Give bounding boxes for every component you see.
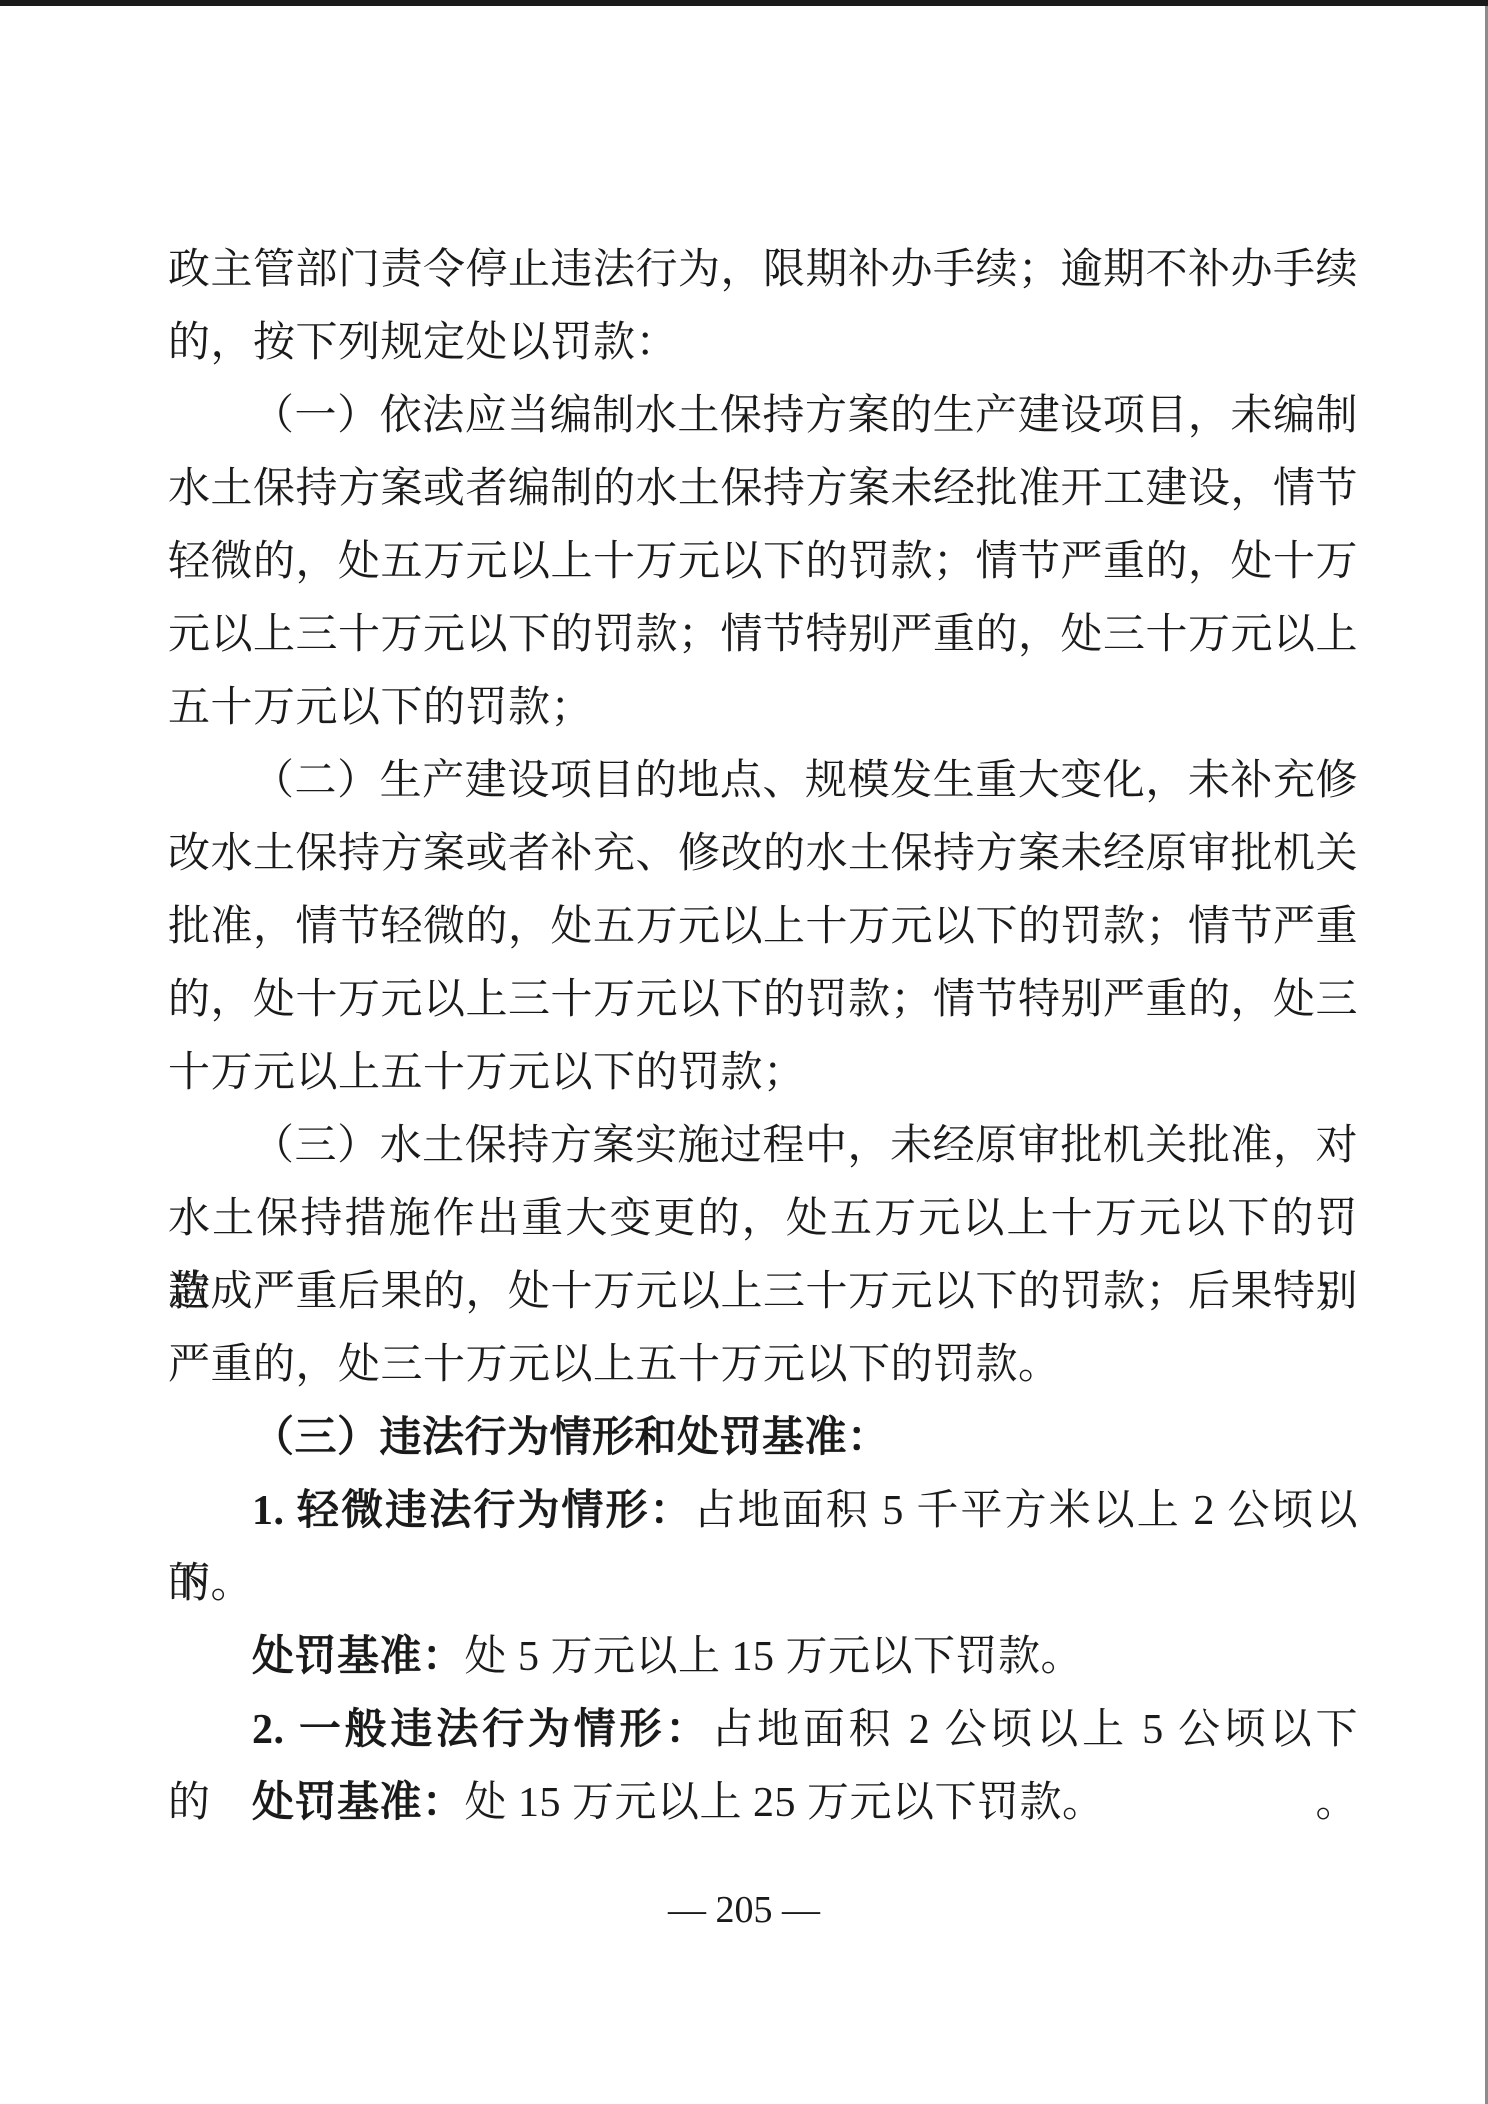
document-page: 政主管部门责令停止违法行为，限期补办手续；逾期不补办手续的，按下列规定处以罚款：… bbox=[0, 0, 1488, 2104]
text-line: 严重的，处三十万元以上五十万元以下的罚款。 bbox=[168, 1329, 1358, 1402]
text-segment: 十万元以上五十万元以下的罚款； bbox=[168, 1050, 806, 1096]
text-segment: 五十万元以下的罚款； bbox=[168, 685, 593, 731]
text-line: 轻微的，处五万元以上十万元以下的罚款；情节严重的，处十万 bbox=[168, 526, 1358, 599]
page-number: — 205 — bbox=[0, 1886, 1488, 1934]
text-line: 的，按下列规定处以罚款： bbox=[168, 307, 1358, 380]
text-line: 的，处十万元以上三十万元以下的罚款；情节特别严重的，处三 bbox=[168, 964, 1358, 1037]
text-segment: 造成严重后果的，处十万元以上三十万元以下的罚款；后果特别 bbox=[168, 1269, 1358, 1315]
text-segment: 批准，情节轻微的，处五万元以上十万元以下的罚款；情节严重 bbox=[168, 904, 1358, 950]
text-segment-bold: 1. 轻微违法行为情形： bbox=[252, 1488, 694, 1534]
text-segment: （一）依法应当编制水土保持方案的生产建设项目，未编制 bbox=[252, 393, 1358, 439]
text-segment-bold: 处罚基准： bbox=[252, 1634, 465, 1680]
text-line: 的。 bbox=[168, 1548, 1358, 1621]
text-line: 1. 轻微违法行为情形：占地面积 5 千平方米以上 2 公顷以下 bbox=[168, 1475, 1358, 1548]
text-segment: 的，按下列规定处以罚款： bbox=[168, 320, 678, 366]
text-line: （一）依法应当编制水土保持方案的生产建设项目，未编制 bbox=[168, 380, 1358, 453]
text-line: 处罚基准：处 5 万元以上 15 万元以下罚款。 bbox=[168, 1621, 1358, 1694]
text-line: 改水土保持方案或者补充、修改的水土保持方案未经原审批机关 bbox=[168, 818, 1358, 891]
text-segment: 轻微的，处五万元以上十万元以下的罚款；情节严重的，处十万 bbox=[168, 539, 1358, 585]
text-segment: 的，处十万元以上三十万元以下的罚款；情节特别严重的，处三 bbox=[168, 977, 1358, 1023]
text-segment: 政主管部门责令停止违法行为，限期补办手续；逾期不补办手续 bbox=[168, 247, 1358, 293]
text-line: 水土保持措施作出重大变更的，处五万元以上十万元以下的罚款； bbox=[168, 1183, 1358, 1256]
text-line: 十万元以上五十万元以下的罚款； bbox=[168, 1037, 1358, 1110]
document-body: 政主管部门责令停止违法行为，限期补办手续；逾期不补办手续的，按下列规定处以罚款：… bbox=[168, 234, 1358, 1840]
text-segment: 严重的，处三十万元以上五十万元以下的罚款。 bbox=[168, 1342, 1061, 1388]
text-segment-bold: 2. 一般违法行为情形： bbox=[252, 1707, 711, 1753]
text-line: 政主管部门责令停止违法行为，限期补办手续；逾期不补办手续 bbox=[168, 234, 1358, 307]
text-segment: 处 5 万元以上 15 万元以下罚款。 bbox=[465, 1634, 1084, 1680]
text-segment: 水土保持方案或者编制的水土保持方案未经批准开工建设，情节 bbox=[168, 466, 1358, 512]
text-line: 五十万元以下的罚款； bbox=[168, 672, 1358, 745]
text-segment: （二）生产建设项目的地点、规模发生重大变化，未补充修 bbox=[252, 758, 1358, 804]
text-segment-bold: 处罚基准： bbox=[252, 1780, 465, 1826]
text-line: 2. 一般违法行为情形：占地面积 2 公顷以上 5 公顷以下的。 bbox=[168, 1694, 1358, 1767]
text-segment: 的。 bbox=[168, 1561, 253, 1607]
text-segment: 处 15 万元以上 25 万元以下罚款。 bbox=[465, 1780, 1105, 1826]
text-line: 水土保持方案或者编制的水土保持方案未经批准开工建设，情节 bbox=[168, 453, 1358, 526]
text-line: 元以上三十万元以下的罚款；情节特别严重的，处三十万元以上 bbox=[168, 599, 1358, 672]
text-segment: （三）水土保持方案实施过程中，未经原审批机关批准，对 bbox=[252, 1123, 1358, 1169]
text-line: （二）生产建设项目的地点、规模发生重大变化，未补充修 bbox=[168, 745, 1358, 818]
text-segment: 元以上三十万元以下的罚款；情节特别严重的，处三十万元以上 bbox=[168, 612, 1358, 658]
page-top-edge-line bbox=[0, 0, 1488, 6]
text-line: （三）水土保持方案实施过程中，未经原审批机关批准，对 bbox=[168, 1110, 1358, 1183]
text-line: （三）违法行为情形和处罚基准： bbox=[168, 1402, 1358, 1475]
text-segment-bold: （三）违法行为情形和处罚基准： bbox=[252, 1415, 890, 1461]
text-line: 批准，情节轻微的，处五万元以上十万元以下的罚款；情节严重 bbox=[168, 891, 1358, 964]
text-segment: 改水土保持方案或者补充、修改的水土保持方案未经原审批机关 bbox=[168, 831, 1358, 877]
text-line: 造成严重后果的，处十万元以上三十万元以下的罚款；后果特别 bbox=[168, 1256, 1358, 1329]
